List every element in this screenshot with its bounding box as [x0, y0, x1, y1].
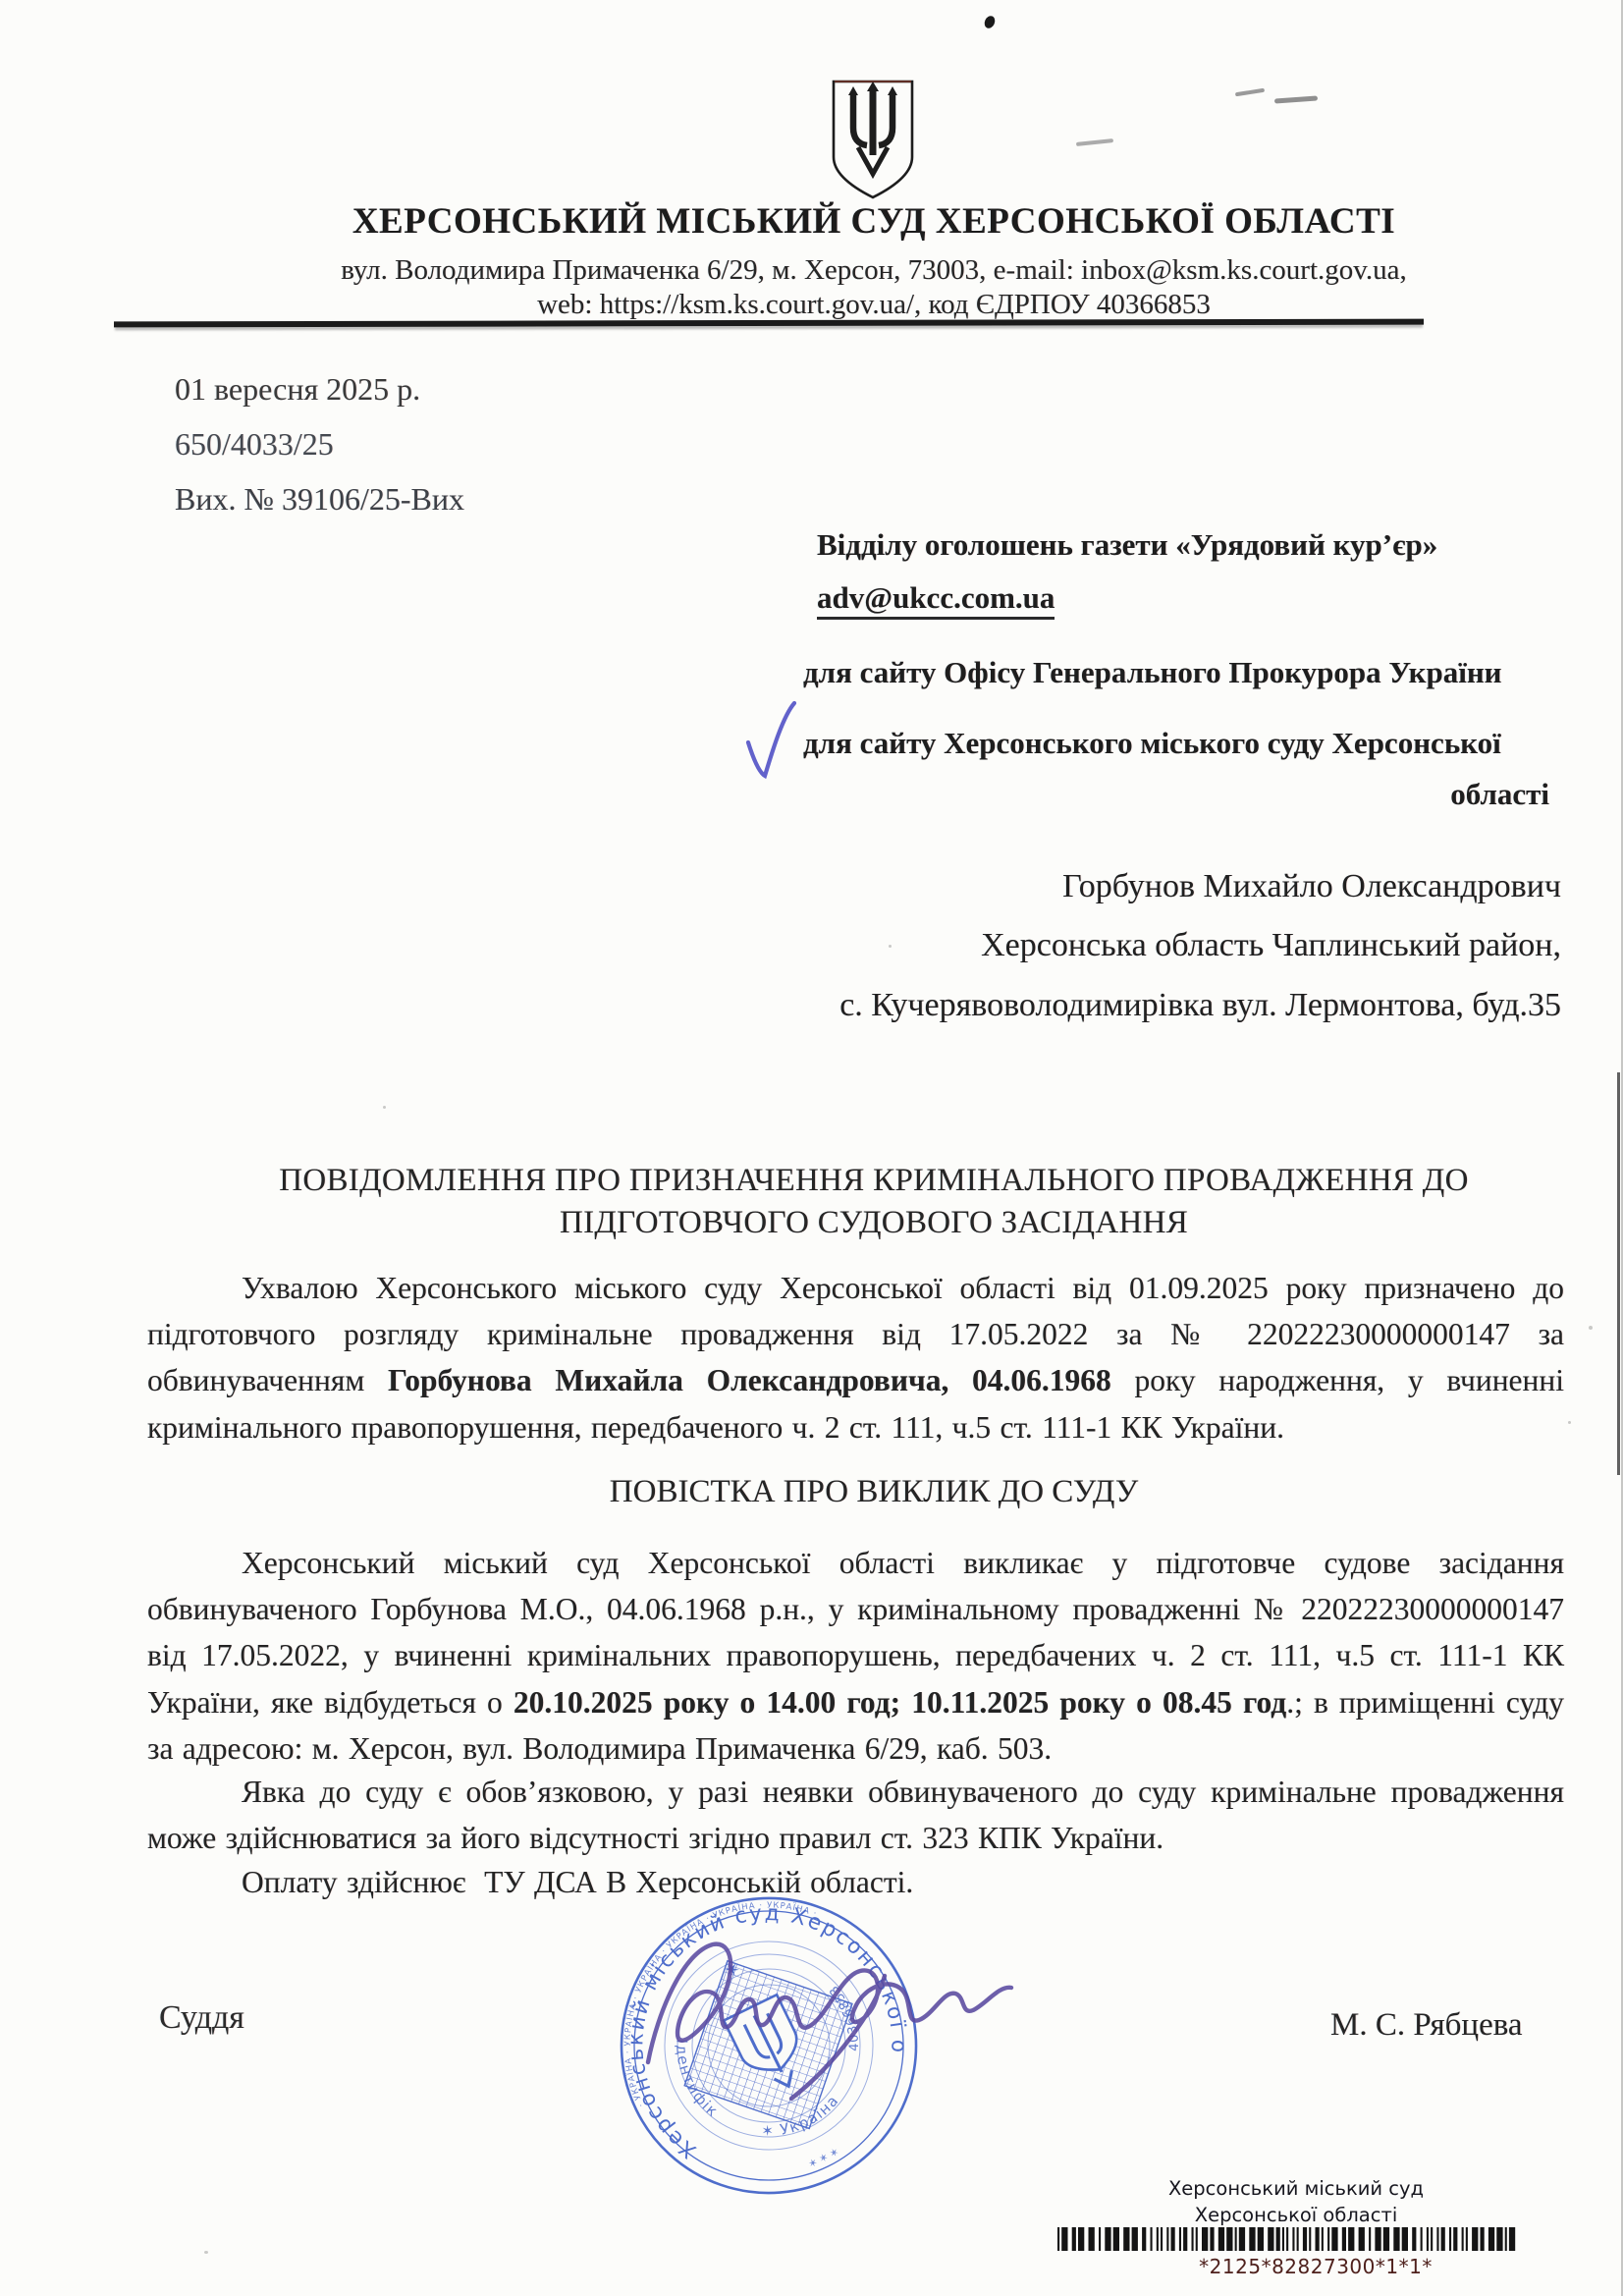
recipient-court-site: для сайту Херсонського міського суду Хер… — [803, 726, 1501, 761]
addressee-region: Херсонська область Чаплинський район, — [784, 927, 1561, 964]
barcode — [1057, 2227, 1519, 2251]
court-address: вул. Володимира Примаченка 6/29, м. Херс… — [137, 254, 1610, 287]
recipient-prosecutor-site: для сайту Офісу Генерального Прокурора У… — [803, 655, 1502, 690]
handwritten-checkmark-icon — [741, 699, 802, 786]
judge-label: Суддя — [159, 1999, 244, 2037]
addressee-name: Горбунов Михайло Олександрович — [784, 868, 1561, 905]
scan-speck — [1589, 1326, 1593, 1330]
scan-edge-line — [1617, 1072, 1620, 1475]
notification-body: Ухвалою Херсонського міського суду Херсо… — [147, 1265, 1564, 1450]
case-number: 650/4033/25 — [175, 426, 334, 463]
court-web-info: web: https://ksm.ks.court.gov.ua/, код Є… — [137, 289, 1610, 321]
scan-ink-spot — [983, 15, 997, 30]
attendance-paragraph: Явка до суду є обов’язковою, у разі неяв… — [147, 1769, 1564, 1861]
notification-body-accused: Горбунова Михайла Олександровича, 04.06.… — [388, 1363, 1111, 1397]
stamp-bottom-stars: ✶ ✶ ✶ — [807, 2146, 841, 2170]
judge-name: М. С. Рябцева — [1330, 2007, 1523, 2044]
scan-speck — [383, 1106, 386, 1109]
notification-title-line1: ПОВІДОМЛЕННЯ ПРО ПРИЗНАЧЕННЯ КРИМІНАЛЬНО… — [137, 1160, 1610, 1202]
summons-paragraph: Херсонський міський суд Херсонської обла… — [147, 1540, 1564, 1772]
footer-court-line2: Херсонської області — [1100, 2204, 1492, 2226]
footer-court-line1: Херсонський міський суд — [1100, 2177, 1492, 2200]
addressee-street: с. Кучерявоволодимирівка вул. Лермонтова… — [784, 987, 1561, 1024]
notification-title-line2: ПІДГОТОВЧОГО СУДОВОГО ЗАСІДАННЯ — [137, 1202, 1610, 1244]
scan-smudge — [1235, 88, 1265, 97]
recipient-court-site-tail: області — [805, 777, 1549, 812]
ukraine-trident-emblem — [828, 77, 918, 202]
scan-speck — [204, 2251, 208, 2254]
recipient-gazette: Відділу оголошень газети «Урядовий кур’є… — [817, 527, 1437, 563]
summons-hearing-dates: 20.10.2025 року о 14.00 год; 10.11.2025 … — [514, 1685, 1286, 1720]
judge-signature — [589, 1915, 1139, 2141]
summons-title: ПОВІСТКА ПРО ВИКЛИК ДО СУДУ — [137, 1474, 1610, 1510]
letter-date: 01 вересня 2025 р. — [175, 371, 420, 408]
barcode-value: *2125*82827300*1*1* — [1100, 2255, 1532, 2278]
recipient-email: adv@ukcc.com.ua — [817, 580, 1055, 620]
scan-smudge — [1076, 138, 1113, 146]
scan-smudge — [1274, 95, 1318, 103]
court-name: ХЕРСОНСЬКИЙ МІСЬКИЙ СУД ХЕРСОНСЬКОЇ ОБЛА… — [137, 200, 1610, 243]
scanned-court-letter: ХЕРСОНСЬКИЙ МІСЬКИЙ СУД ХЕРСОНСЬКОЇ ОБЛА… — [0, 0, 1623, 2296]
outgoing-number: Вих. № 39106/25-Вих — [175, 481, 464, 518]
scan-speck — [1568, 1421, 1571, 1424]
